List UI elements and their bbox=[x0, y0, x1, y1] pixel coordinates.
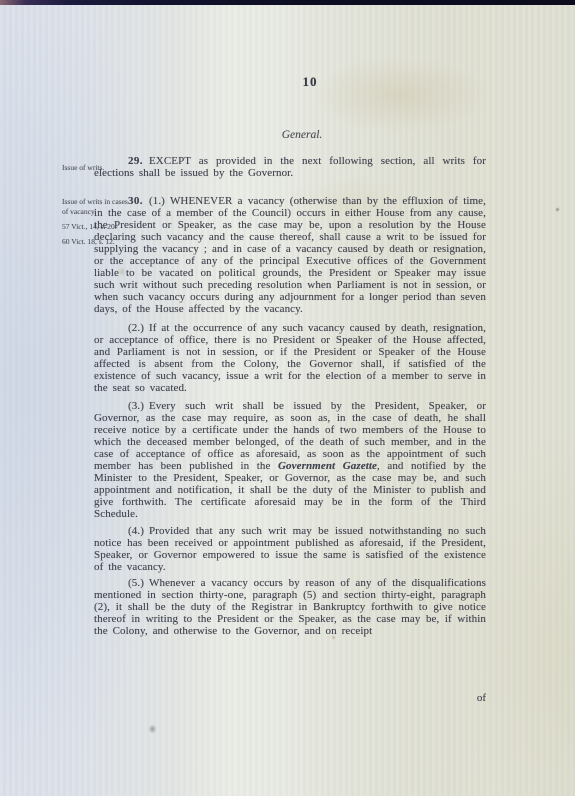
subsection-1-text: WHENEVER a vacancy (otherwise than by th… bbox=[94, 195, 486, 315]
subsection-4-text: Provided that any such writ may be issue… bbox=[94, 525, 486, 573]
subsection-2-text: If at the occurrence of any such vacancy… bbox=[94, 322, 486, 394]
section-29-paragraph: 29.EXCEPT as provided in the next follow… bbox=[94, 155, 486, 179]
paper-speck bbox=[150, 726, 155, 732]
text-column: 29.EXCEPT as provided in the next follow… bbox=[94, 155, 486, 637]
section-30-number: 30. bbox=[128, 195, 149, 207]
paper-speck bbox=[332, 636, 335, 639]
paper-speck bbox=[556, 208, 559, 211]
section-30-subsection-3: (3.)Every such writ shall be issued by t… bbox=[94, 400, 486, 520]
document-page: 10 General. Issue of writs. Issue of wri… bbox=[0, 0, 575, 796]
page-number: 10 bbox=[0, 74, 575, 90]
subsection-4-label: (4.) bbox=[128, 525, 149, 537]
catchword: of bbox=[94, 692, 490, 704]
subsection-3-label: (3.) bbox=[128, 400, 149, 412]
section-30-subsection-4: (4.)Provided that any such writ may be i… bbox=[94, 525, 486, 573]
subsection-5-label: (5.) bbox=[128, 577, 149, 589]
section-30-subsection-2: (2.)If at the occurrence of any such vac… bbox=[94, 322, 486, 394]
section-30-subsection-5: (5.)Whenever a vacancy occurs by reason … bbox=[94, 577, 486, 637]
paper-speck bbox=[120, 268, 124, 275]
subsection-5-text: Whenever a vacancy occurs by reason of a… bbox=[94, 577, 486, 637]
subsection-1-label: (1.) bbox=[149, 195, 170, 207]
section-30-subsection-1: 30.(1.)WHENEVER a vacancy (otherwise tha… bbox=[94, 195, 486, 315]
subsection-2-label: (2.) bbox=[128, 322, 149, 334]
section-29-text: EXCEPT as provided in the next following… bbox=[94, 155, 486, 179]
section-29-number: 29. bbox=[128, 155, 149, 167]
government-gazette-citation: Government Gazette bbox=[278, 460, 377, 472]
running-head: General. bbox=[0, 129, 575, 141]
scan-top-edge bbox=[0, 0, 575, 5]
